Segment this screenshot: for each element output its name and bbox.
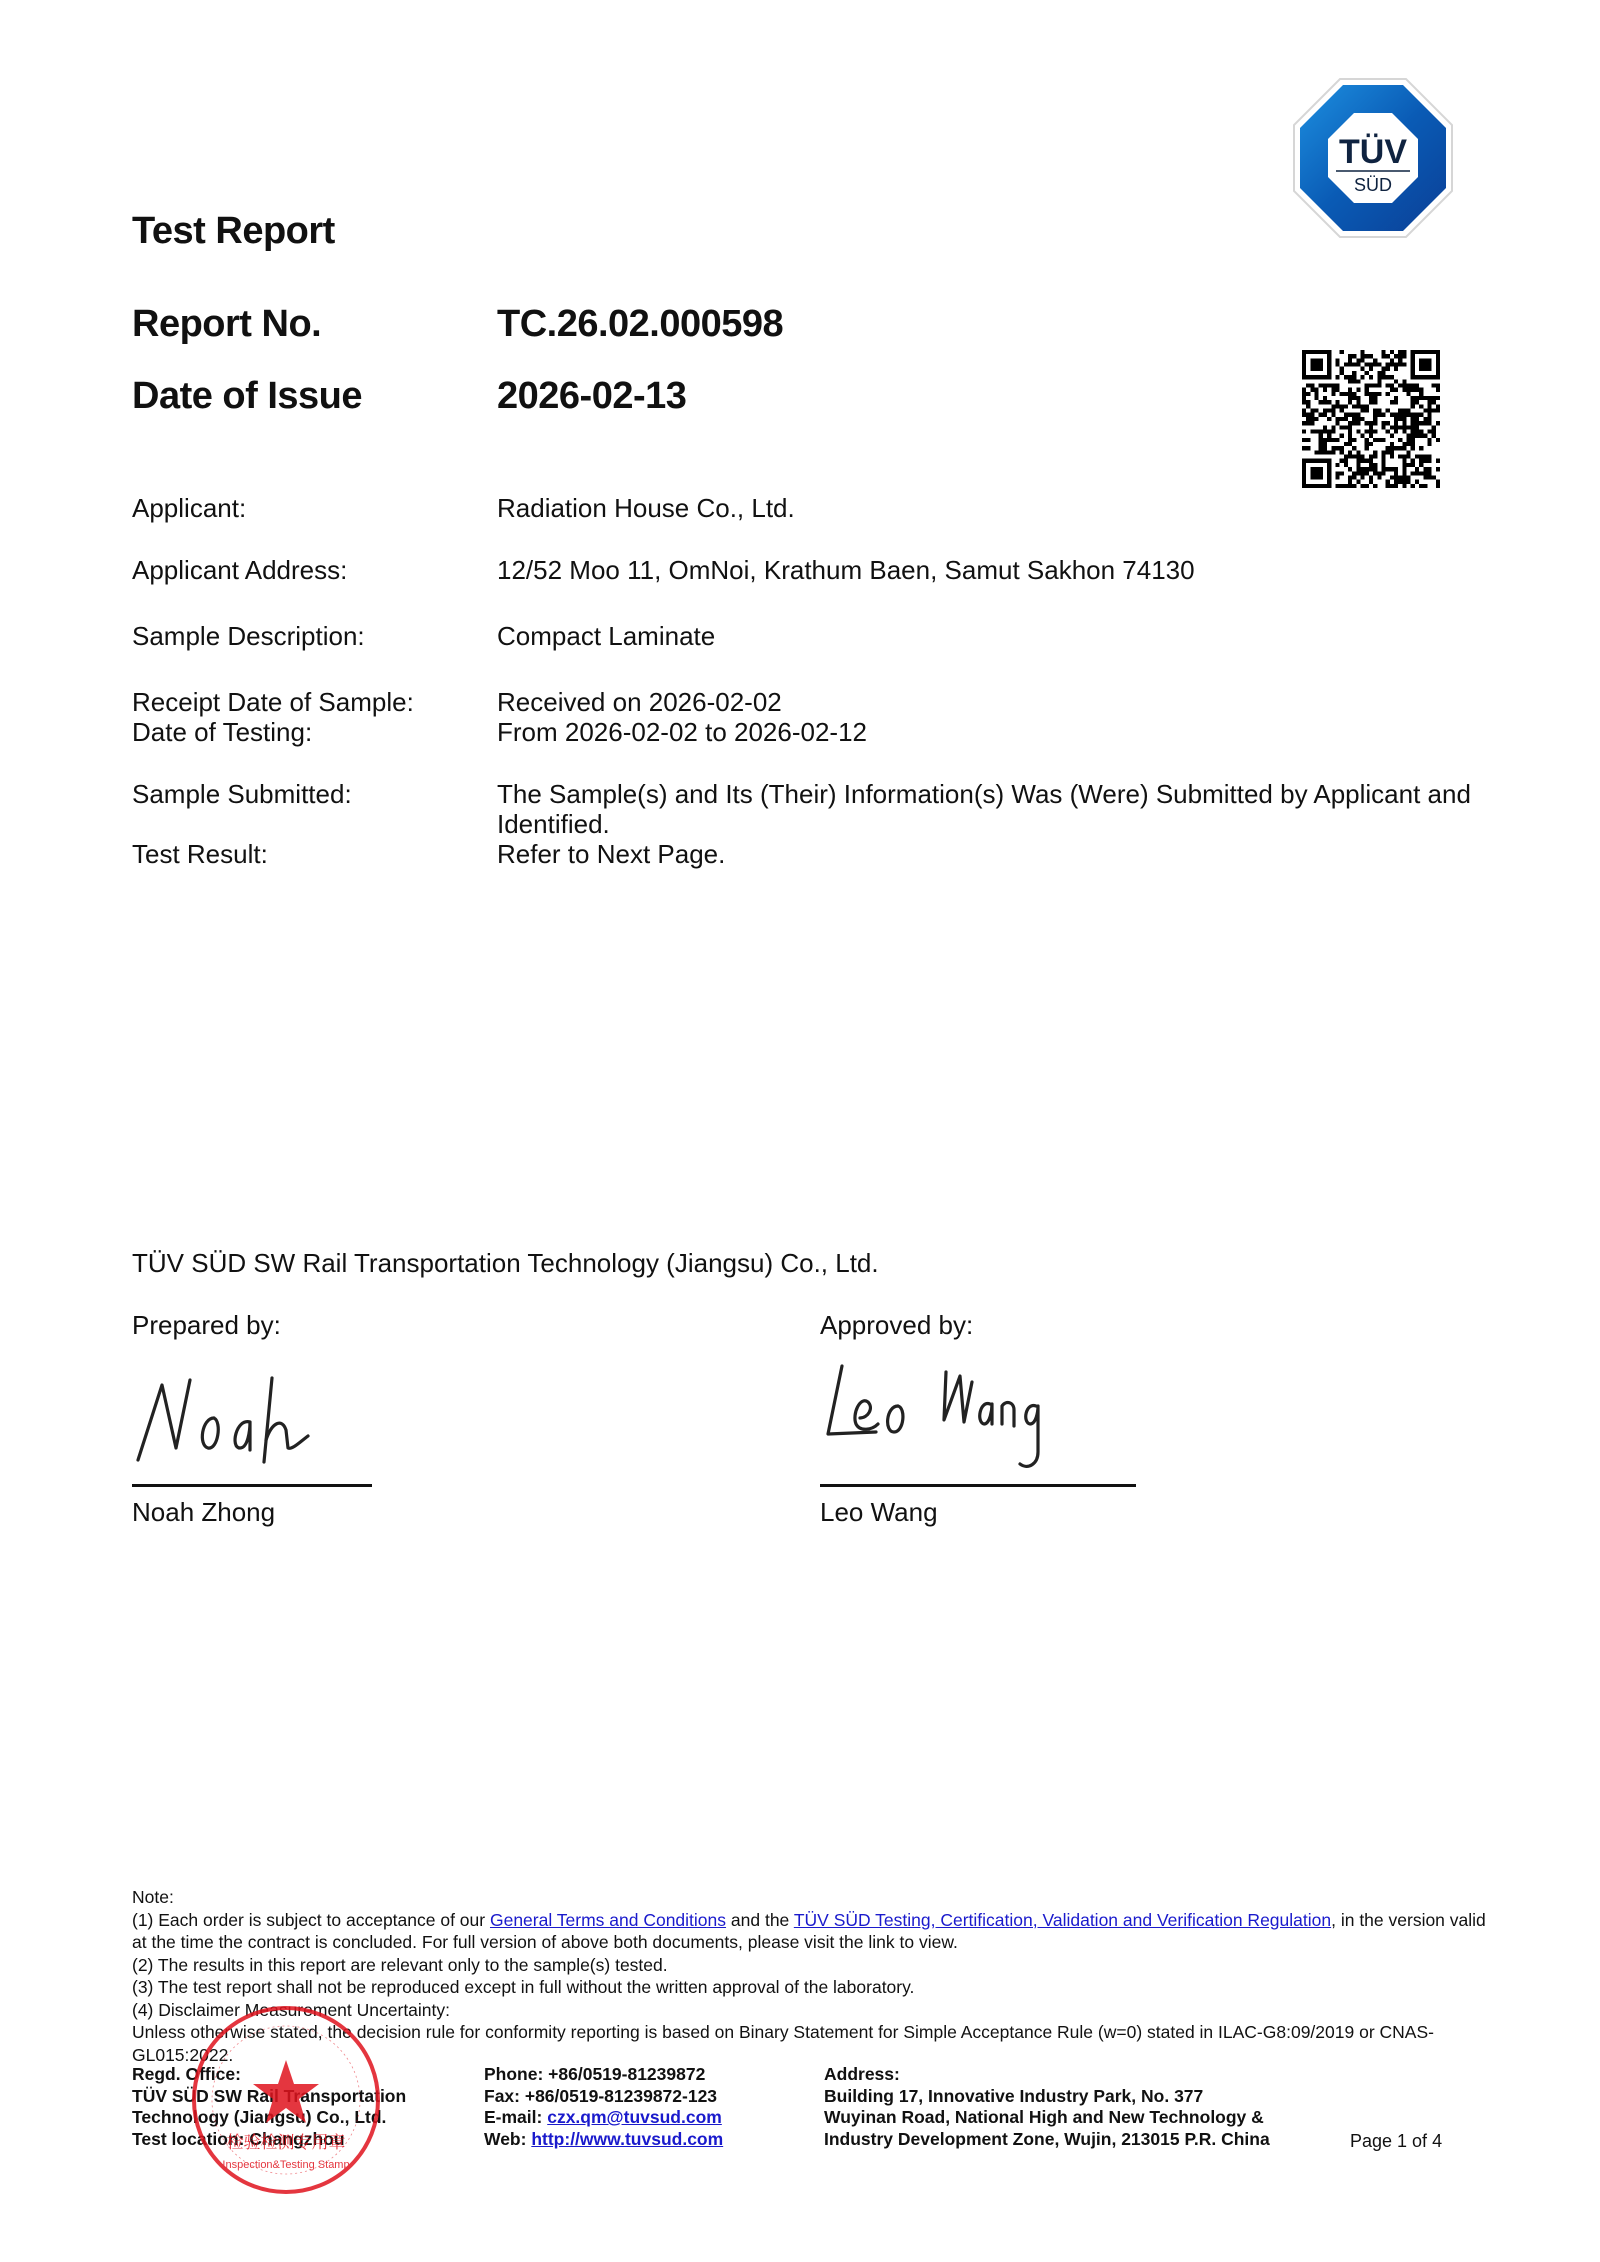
applicant-label: Applicant:: [132, 493, 246, 523]
svg-text:TÜV: TÜV: [1339, 133, 1407, 171]
regd-office-block: Regd. Office: TÜV SÜD SW Rail Transporta…: [132, 2064, 406, 2150]
approved-by-name: Leo Wang: [820, 1497, 938, 1528]
address-label: Address:: [824, 2064, 1270, 2086]
email-label: E-mail:: [484, 2107, 547, 2127]
test-result-label: Test Result:: [132, 839, 268, 869]
address-block: Address: Building 17, Innovative Industr…: [824, 2064, 1270, 2150]
receipt-date-value: Received on 2026-02-02: [497, 687, 1477, 717]
approved-signature-icon: [820, 1362, 1080, 1477]
approved-signature-line: [820, 1484, 1136, 1487]
date-of-issue-value: 2026-02-13: [497, 375, 686, 418]
document-title: Test Report: [132, 210, 335, 253]
applicant-address-value: 12/52 Moo 11, OmNoi, Krathum Baen, Samut…: [497, 555, 1477, 585]
svg-text:SÜD: SÜD: [1354, 175, 1392, 195]
notes-heading: Note:: [132, 1886, 1492, 1909]
email-row: E-mail: czx.qm@tuvsud.com: [484, 2107, 723, 2129]
regd-office-label: Regd. Office:: [132, 2064, 406, 2086]
testing-company-name: TÜV SÜD SW Rail Transportation Technolog…: [132, 1248, 879, 1279]
general-terms-link[interactable]: General Terms and Conditions: [490, 1910, 726, 1930]
test-result-value: Refer to Next Page.: [497, 839, 1477, 869]
email-link[interactable]: czx.qm@tuvsud.com: [547, 2107, 722, 2127]
regd-office-line-1: TÜV SÜD SW Rail Transportation: [132, 2086, 406, 2108]
applicant-address-label: Applicant Address:: [132, 555, 347, 585]
note-2: (2) The results in this report are relev…: [132, 1954, 1492, 1977]
date-of-testing-value: From 2026-02-02 to 2026-02-12: [497, 717, 1477, 747]
page-number: Page 1 of 4: [1350, 2131, 1442, 2152]
web-label: Web:: [484, 2129, 531, 2149]
prepared-by-name: Noah Zhong: [132, 1497, 275, 1528]
applicant-value: Radiation House Co., Ltd.: [497, 493, 1477, 523]
date-of-issue-label: Date of Issue: [132, 375, 362, 418]
sample-submitted-label: Sample Submitted:: [132, 779, 352, 809]
sample-submitted-value: The Sample(s) and Its (Their) Informatio…: [497, 779, 1477, 839]
note-1: (1) Each order is subject to acceptance …: [132, 1909, 1492, 1954]
address-line-2: Wuyinan Road, National High and New Tech…: [824, 2107, 1270, 2129]
svg-text:Inspection&Testing Stamp: Inspection&Testing Stamp: [222, 2159, 349, 2171]
prepared-by-label: Prepared by:: [132, 1310, 281, 1341]
report-no-value: TC.26.02.000598: [497, 303, 783, 346]
tuv-regulation-link[interactable]: TÜV SÜD Testing, Certification, Validati…: [794, 1910, 1331, 1930]
phone: Phone: +86/0519-81239872: [484, 2064, 723, 2086]
test-location: Test location: Changzhou: [132, 2129, 406, 2151]
note-1-text: (1) Each order is subject to acceptance …: [132, 1910, 490, 1930]
approved-by-label: Approved by:: [820, 1310, 973, 1341]
fax: Fax: +86/0519-81239872-123: [484, 2086, 723, 2108]
address-line-3: Industry Development Zone, Wujin, 213015…: [824, 2129, 1270, 2151]
note-1-text-mid: and the: [726, 1910, 794, 1930]
note-4: (4) Disclaimer Measurement Uncertainty:: [132, 1999, 1492, 2022]
note-3: (3) The test report shall not be reprodu…: [132, 1976, 1492, 1999]
date-of-testing-label: Date of Testing:: [132, 717, 312, 747]
web-row: Web: http://www.tuvsud.com: [484, 2129, 723, 2151]
prepared-signature-icon: [132, 1370, 312, 1475]
notes-section: Note: (1) Each order is subject to accep…: [132, 1886, 1492, 2066]
regd-office-line-2: Technology (Jiangsu) Co., Ltd.: [132, 2107, 406, 2129]
sample-description-label: Sample Description:: [132, 621, 365, 651]
report-no-label: Report No.: [132, 303, 321, 346]
address-line-1: Building 17, Innovative Industry Park, N…: [824, 2086, 1270, 2108]
tuv-sud-logo-icon: TÜV SÜD: [1290, 75, 1456, 241]
note-4-body: Unless otherwise stated, the decision ru…: [132, 2021, 1492, 2066]
qr-code-icon[interactable]: [1302, 350, 1440, 488]
prepared-signature-line: [132, 1484, 372, 1487]
sample-description-value: Compact Laminate: [497, 621, 1477, 651]
web-link[interactable]: http://www.tuvsud.com: [531, 2129, 723, 2149]
receipt-date-label: Receipt Date of Sample:: [132, 687, 414, 717]
contact-block: Phone: +86/0519-81239872 Fax: +86/0519-8…: [484, 2064, 723, 2150]
